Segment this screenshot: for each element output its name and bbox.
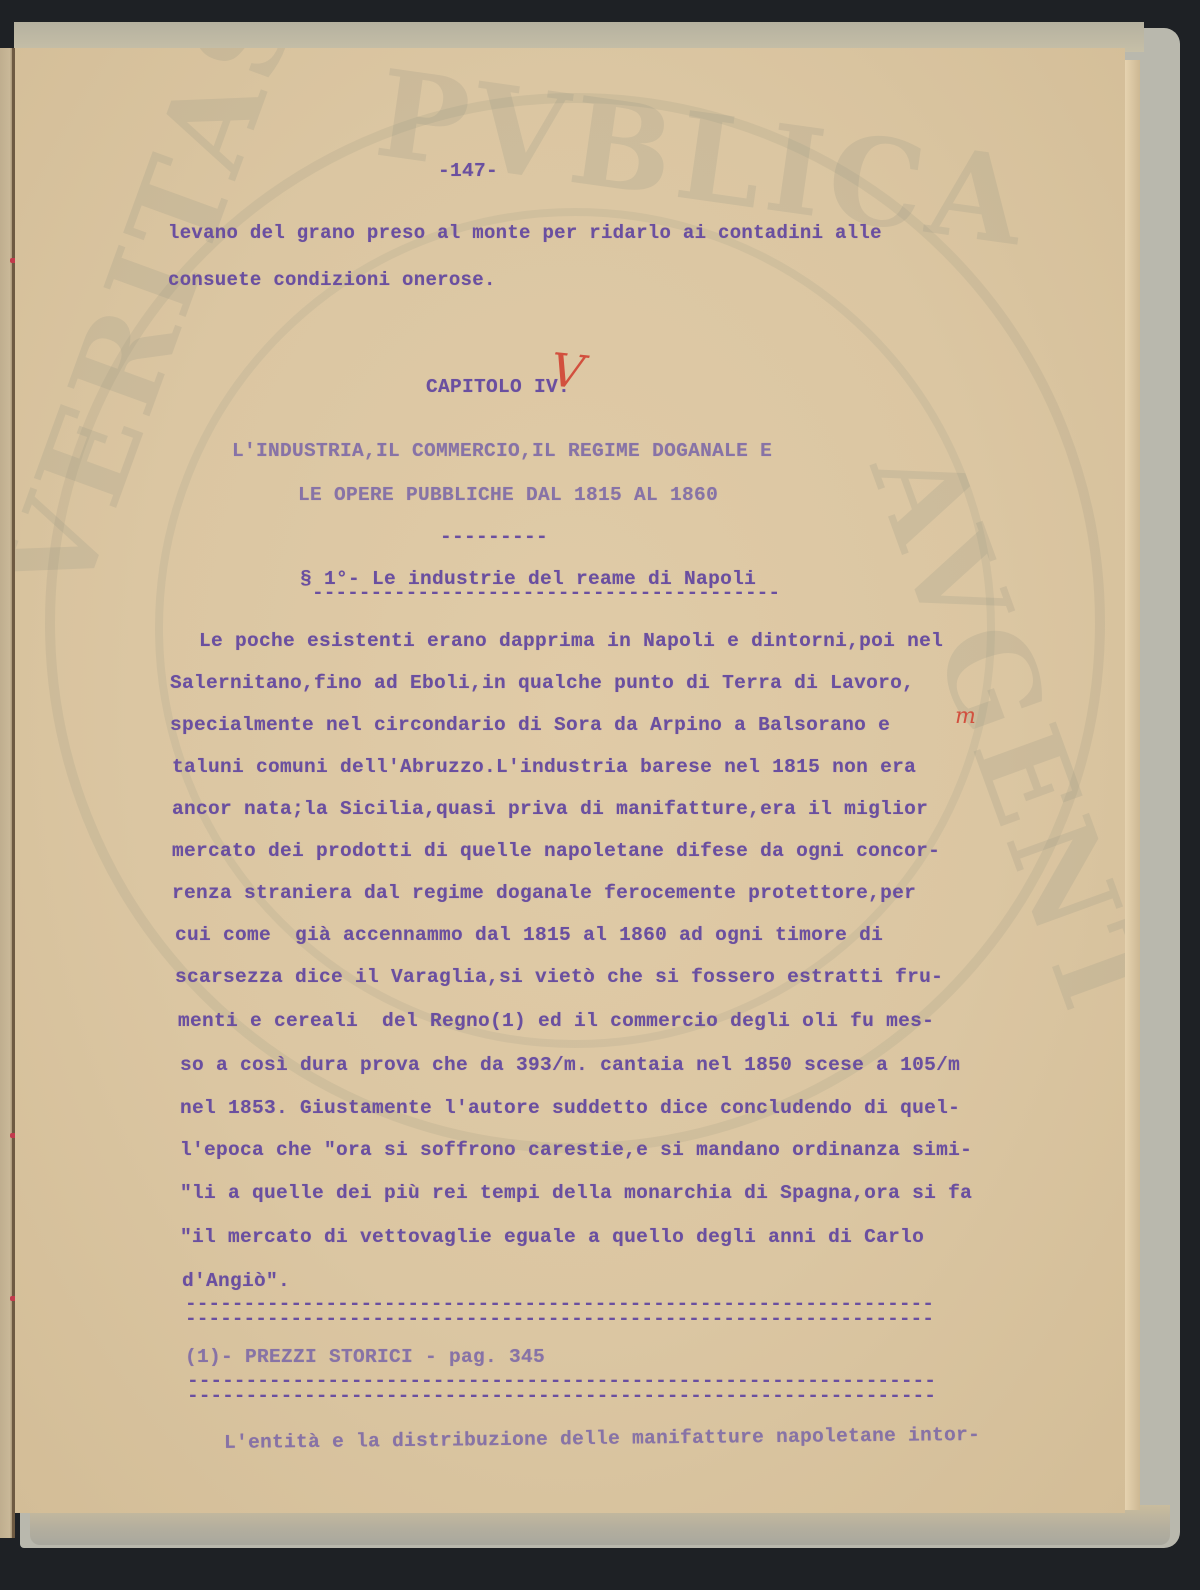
chapter-correction-mark: V — [548, 342, 587, 399]
body-line: "il mercato di vettovaglie eguale a quel… — [180, 1226, 924, 1248]
chapter-title-line-2: LE OPERE PUBBLICHE DAL 1815 AL 1860 — [298, 484, 718, 506]
chapter-title-line-1: L'INDUSTRIA,IL COMMERCIO,IL REGIME DOGAN… — [232, 440, 772, 462]
body-line: "li a quelle dei più rei tempi della mon… — [180, 1182, 972, 1204]
footnote-rule-bottom-2: ----------------------------------------… — [187, 1385, 1017, 1407]
body-line: ancor nata;la Sicilia,quasi priva di man… — [172, 798, 928, 820]
body-line: mercato dei prodotti di quelle napoletan… — [172, 840, 940, 862]
section-heading-underline: ---------------------------------------- — [312, 582, 812, 604]
body-line: taluni comuni dell'Abruzzo.L'industria b… — [172, 756, 916, 778]
carryover-line-1: levano del grano preso al monte per rida… — [168, 222, 882, 244]
footnote-rule-top-2: ----------------------------------------… — [185, 1308, 1017, 1330]
margin-correction-mark: m — [955, 704, 976, 729]
body-line: Le poche esistenti erano dapprima in Nap… — [175, 630, 943, 652]
body-line: nel 1853. Giustamente l'autore suddetto … — [180, 1097, 960, 1119]
seal-watermark-inner-ring — [155, 208, 995, 1048]
body-line: renza straniera dal regime doganale fero… — [172, 882, 916, 904]
body-line: so a così dura prova che da 393/m. canta… — [180, 1054, 960, 1076]
carryover-line-2: consuete condizioni onerose. — [168, 269, 496, 291]
scanned-page-photo: PVBLICA VERITAS AVGENT -147- levano del … — [0, 0, 1200, 1590]
body-line: d'Angiò". — [182, 1270, 290, 1292]
page-number: -147- — [438, 160, 498, 182]
body-line: l'epoca che "ora si soffrono carestie,e … — [180, 1139, 972, 1161]
typewritten-page: PVBLICA VERITAS AVGENT -147- levano del … — [15, 48, 1125, 1513]
continuation-line: L'entità e la distribuzione delle manifa… — [200, 1424, 980, 1454]
body-line: scarsezza dice il Varaglia,si vietò che … — [175, 966, 943, 988]
body-line: specialmente nel circondario di Sora da … — [170, 714, 890, 736]
body-line: cui come già accennammo dal 1815 al 1860… — [175, 924, 883, 946]
title-separator: --------- — [440, 526, 548, 548]
body-line: menti e cereali del Regno(1) ed il comme… — [178, 1010, 934, 1032]
footnote-text: (1)- PREZZI STORICI - pag. 345 — [185, 1346, 545, 1368]
body-line: Salernitano,fino ad Eboli,in qualche pun… — [170, 672, 914, 694]
